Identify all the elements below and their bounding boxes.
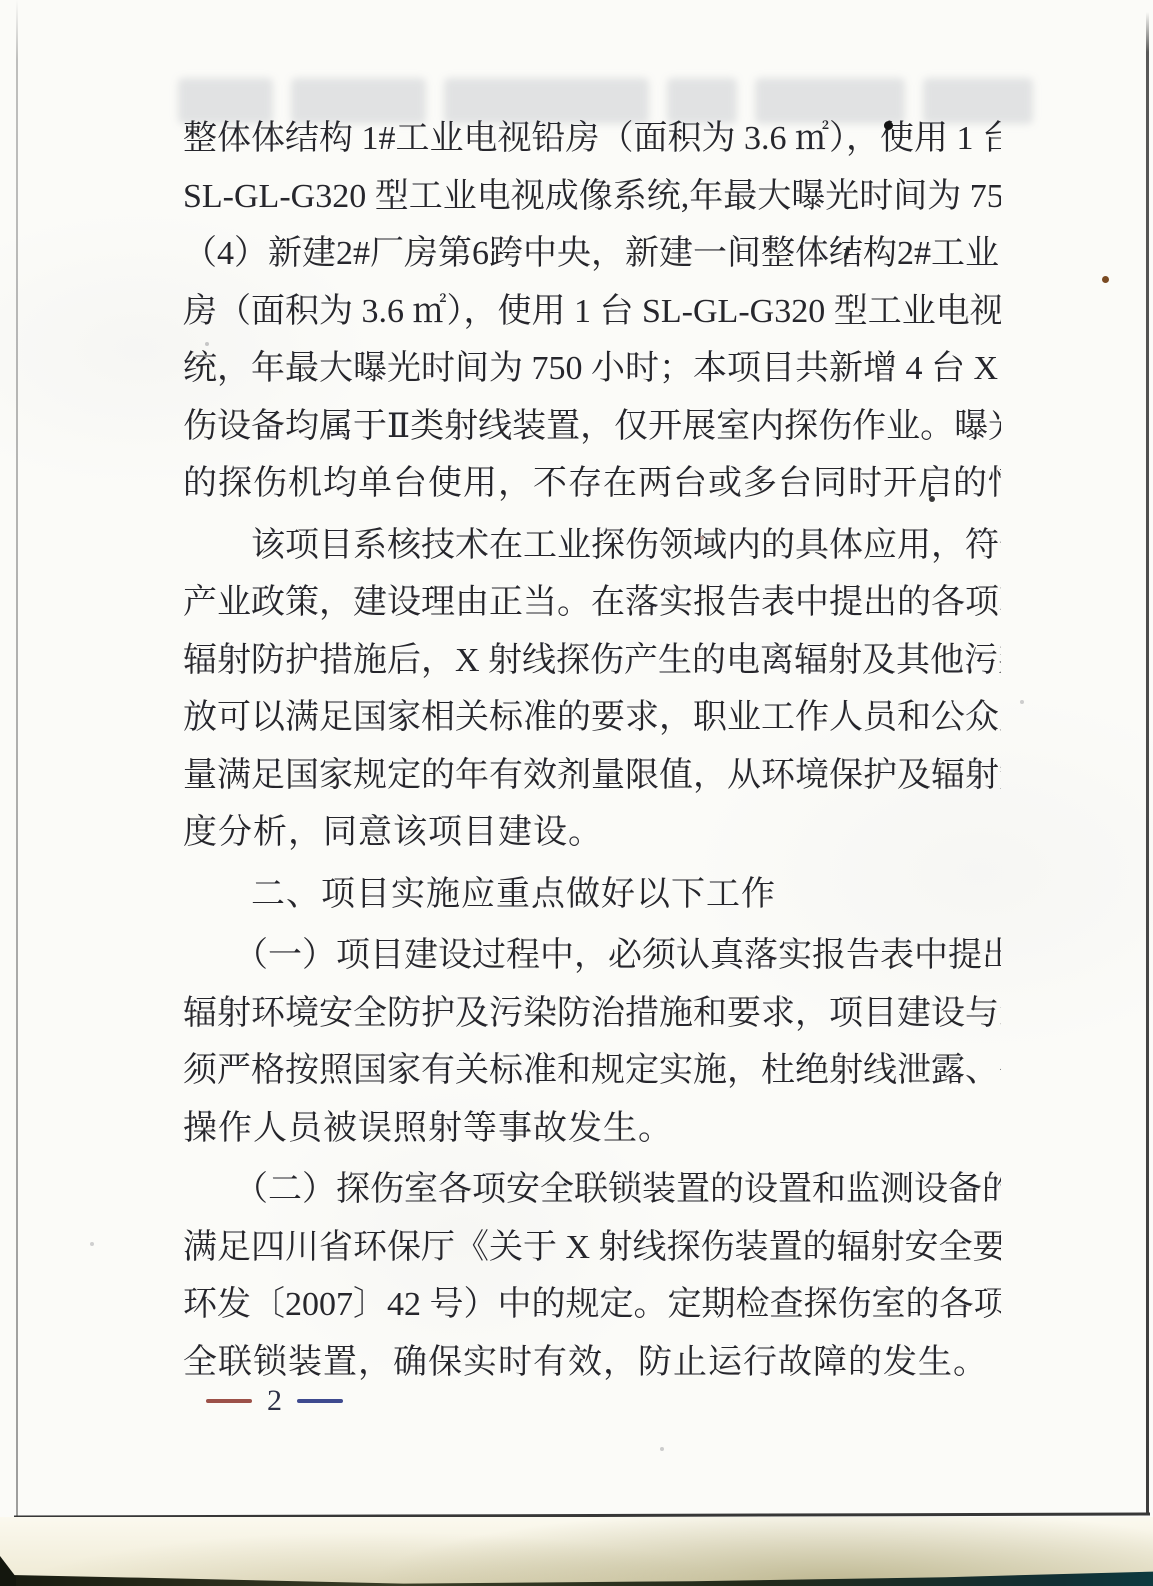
text-line: 伤设备均属于Ⅱ类射线装置，仅开展室内探伤作业。曝光室内 <box>183 398 1001 456</box>
footer-dash-left <box>206 1399 252 1403</box>
text-line: 辐射环境安全防护及污染防治措施和要求，项目建设与运行必 <box>183 985 1001 1043</box>
text-line: 须严格按照国家有关标准和规定实施，杜绝射线泄露、公众及 <box>183 1042 1001 1100</box>
page-number: 2 <box>267 1386 282 1416</box>
text-line: 环发〔2007〕42 号）中的规定。定期检查探伤室的各项辐射安 <box>183 1276 1001 1334</box>
faint-speck <box>1020 700 1024 704</box>
text-line: SL-GL-G320 型工业电视成像系统,年最大曝光时间为 750 小时; <box>183 168 1001 226</box>
text-line: 房（面积为 3.6 ㎡），使用 1 台 SL-GL-G320 型工业电视成像系 <box>183 283 1001 341</box>
text-line: 的探伤机均单台使用，不存在两台或多台同时开启的情况。 <box>183 455 1001 513</box>
brown-speck <box>1102 276 1109 283</box>
text-line: 操作人员被误照射等事故发生。 <box>183 1100 1001 1158</box>
stray-mark <box>929 496 935 502</box>
text-line: 产业政策，建设理由正当。在落实报告表中提出的各项环保及 <box>183 574 1001 632</box>
page-footer: 2 <box>206 1384 343 1418</box>
text-line: （一）项目建设过程中，必须认真落实报告表中提出的各项 <box>183 927 1001 985</box>
paragraph: （二）探伤室各项安全联锁装置的设置和监测设备的配备应满足四川省环保厅《关于 X … <box>183 1161 1001 1391</box>
text-line: 放可以满足国家相关标准的要求，职业工作人员和公众照射剂 <box>183 689 1001 747</box>
text-line: （4）新建2#厂房第6跨中央，新建一间整体结构2#工业电视铅 <box>183 225 1001 283</box>
footer-dash-right <box>297 1399 343 1403</box>
text-line: 辐射防护措施后，X 射线探伤产生的电离辐射及其他污染物排 <box>183 632 1001 690</box>
text-line: 该项目系核技术在工业探伤领域内的具体应用，符合国家 <box>183 517 1001 575</box>
text-line: 全联锁装置，确保实时有效，防止运行故障的发生。 <box>183 1334 1001 1392</box>
text-line: 度分析，同意该项目建设。 <box>183 804 1001 862</box>
paragraph: 二、项目实施应重点做好以下工作 <box>183 866 1001 924</box>
scanner-bed-strip <box>0 1517 1153 1586</box>
paragraph: 该项目系核技术在工业探伤领域内的具体应用，符合国家产业政策，建设理由正当。在落实… <box>183 517 1001 862</box>
sheet-right-edge <box>1146 12 1149 1514</box>
text-line: 整体体结构 1#工业电视铅房（面积为 3.6 ㎡），使用 1 台 <box>183 110 1001 168</box>
faint-speck <box>700 536 704 540</box>
text-line: 量满足国家规定的年有效剂量限值，从环境保护及辐射安全角 <box>183 747 1001 805</box>
paragraph: （一）项目建设过程中，必须认真落实报告表中提出的各项辐射环境安全防护及污染防治措… <box>183 927 1001 1157</box>
paragraph: 整体体结构 1#工业电视铅房（面积为 3.6 ㎡），使用 1 台SL-GL-G3… <box>183 110 1001 513</box>
document-text: 整体体结构 1#工业电视铅房（面积为 3.6 ㎡），使用 1 台SL-GL-G3… <box>183 110 1001 1395</box>
ink-dot-speck <box>884 121 893 130</box>
text-line: 统，年最大曝光时间为 750 小时；本项目共新增 4 台 X 射线探 <box>183 340 1001 398</box>
text-line: 二、项目实施应重点做好以下工作 <box>183 866 1001 924</box>
text-line: （二）探伤室各项安全联锁装置的设置和监测设备的配备应 <box>183 1161 1001 1219</box>
text-line: 满足四川省环保厅《关于 X 射线探伤装置的辐射安全要求》（川 <box>183 1219 1001 1277</box>
faint-speck <box>90 1242 94 1246</box>
faint-speck <box>660 1447 664 1451</box>
sheet-left-edge <box>16 0 18 1517</box>
scanned-document-page: 整体体结构 1#工业电视铅房（面积为 3.6 ㎡），使用 1 台SL-GL-G3… <box>0 0 1153 1586</box>
faint-speck <box>205 342 209 346</box>
